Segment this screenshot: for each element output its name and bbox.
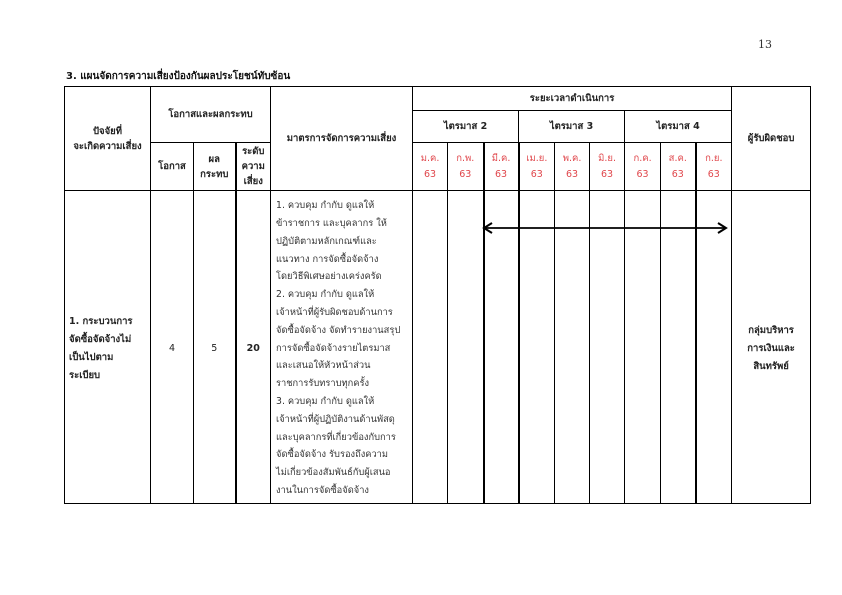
measure-line: ข้าราชการ และบุคลากร ให้ [276,215,409,233]
month-year: 63 [520,167,555,183]
month-apr: เม.ย.63 [519,143,555,191]
measure-line: การจัดซื้อจัดจ้างรายไตรมาส [276,340,409,358]
header-opportunity: โอกาส [151,143,194,191]
page-number: 13 [758,38,772,51]
month-label: เม.ย. [520,151,555,167]
measure-line: แนวทาง การจัดซื้อจัดจ้าง [276,251,409,269]
month-jan: ม.ค.63 [413,143,448,191]
month-aug: ส.ค.63 [661,143,696,191]
month-year: 63 [485,167,518,183]
header-quarter-4: ไตรมาส 4 [625,111,732,143]
header-responsible: ผู้รับผิดชอบ [732,87,811,191]
measure-line: 2. ควบคุม กำกับ ดูแลให้ [276,286,409,304]
responsible-cell: กลุ่มบริหาร การเงินและ สินทรัพย์ [732,191,811,504]
measure-line: เจ้าหน้าที่ผู้ปฏิบัติงานด้านพัสดุ [276,411,409,429]
header-timeline: ระยะเวลาดำเนินการ [413,87,732,111]
measure-line: จัดซื้อจัดจ้าง จัดทำรายงานสรุป [276,322,409,340]
risk-factor-line: 1. กระบวนการ [69,313,146,331]
header-quarter-3: ไตรมาส 3 [519,111,625,143]
header-impact-line: กระทบ [194,167,235,182]
impact-value: 5 [194,191,236,504]
month-mar: มี.ค.63 [484,143,519,191]
timeline-cell-jun [590,191,625,504]
header-risk-level: ระดับ ความ เสี่ยง [236,143,271,191]
risk-factor-line: เป็นไปตาม [69,349,146,367]
measure-line: ไม่เกี่ยวข้องสัมพันธ์กับผู้เสนอ [276,464,409,482]
header-measures: มาตรการจัดการความเสี่ยง [271,87,413,191]
month-feb: ก.พ.63 [448,143,484,191]
header-impact: ผล กระทบ [194,143,236,191]
month-year: 63 [697,167,732,183]
measure-line: 3. ควบคุม กำกับ ดูแลให้ [276,393,409,411]
responsible-line: กลุ่มบริหาร [732,322,810,340]
timeline-cell-jul [625,191,661,504]
risk-management-table: ปัจจัยที่ จะเกิดความเสี่ยง โอกาสและผลกระ… [64,86,811,504]
timeline-cell-may [555,191,590,504]
month-year: 63 [590,167,624,183]
measure-line: เจ้าหน้าที่ผู้รับผิดชอบด้านการ [276,304,409,322]
month-label: ก.ย. [697,151,732,167]
header-factor: ปัจจัยที่ จะเกิดความเสี่ยง [65,87,151,191]
responsible-line: สินทรัพย์ [732,358,810,376]
risk-level-value: 20 [236,191,271,504]
measure-line: และบุคลากรที่เกี่ยวข้องกับการ [276,429,409,447]
month-sep: ก.ย.63 [696,143,732,191]
risk-factor-cell: 1. กระบวนการ จัดซื้อจัดจ้างไม่ เป็นไปตาม… [65,191,151,504]
month-year: 63 [413,167,447,183]
section-title: 3. แผนจัดการความเสี่ยงป้องกันผลประโยชน์ท… [66,69,290,84]
month-label: พ.ค. [555,151,589,167]
risk-factor-line: จัดซื้อจัดจ้างไม่ [69,331,146,349]
month-label: มี.ค. [485,151,518,167]
header-quarter-2: ไตรมาส 2 [413,111,519,143]
measure-line: จัดซื้อจัดจ้าง รับรองถึงความ [276,446,409,464]
timeline-span-arrow-icon [482,220,728,236]
timeline-cell-feb [448,191,484,504]
measure-line: ราชการรับทราบทุกครั้ง [276,375,409,393]
month-label: ส.ค. [661,151,695,167]
month-year: 63 [625,167,660,183]
table-row: 1. กระบวนการ จัดซื้อจัดจ้างไม่ เป็นไปตาม… [65,191,811,504]
month-jun: มิ.ย.63 [590,143,625,191]
measure-line: และเสนอให้หัวหน้าส่วน [276,357,409,375]
header-impact-line: ผล [194,152,235,167]
timeline-cell-aug [661,191,696,504]
month-label: ก.พ. [448,151,483,167]
timeline-cell-sep [696,191,732,504]
month-year: 63 [661,167,695,183]
month-year: 63 [555,167,589,183]
measure-line: งานในการจัดซื้อจัดจ้าง [276,482,409,500]
header-risk-line: เสี่ยง [237,174,271,189]
header-opportunity-impact: โอกาสและผลกระทบ [151,87,271,143]
header-factor-line: จะเกิดความเสี่ยง [65,139,150,154]
month-may: พ.ค.63 [555,143,590,191]
timeline-cell-mar [484,191,519,504]
responsible-line: การเงินและ [732,340,810,358]
timeline-cell-jan [413,191,448,504]
month-label: มิ.ย. [590,151,624,167]
measures-cell: 1. ควบคุม กำกับ ดูแลให้ ข้าราชการ และบุค… [271,191,413,504]
measure-line: ปฏิบัติตามหลักเกณฑ์และ [276,233,409,251]
opportunity-value: 4 [151,191,194,504]
measure-line: โดยวิธีพิเศษอย่างเคร่งครัด [276,268,409,286]
timeline-cell-apr [519,191,555,504]
header-risk-line: ความ [237,159,271,174]
header-factor-line: ปัจจัยที่ [65,124,150,139]
header-risk-line: ระดับ [237,144,271,159]
month-label: ม.ค. [413,151,447,167]
risk-factor-line: ระเบียบ [69,367,146,385]
month-label: ก.ค. [625,151,660,167]
measure-line: 1. ควบคุม กำกับ ดูแลให้ [276,197,409,215]
month-jul: ก.ค.63 [625,143,661,191]
month-year: 63 [448,167,483,183]
